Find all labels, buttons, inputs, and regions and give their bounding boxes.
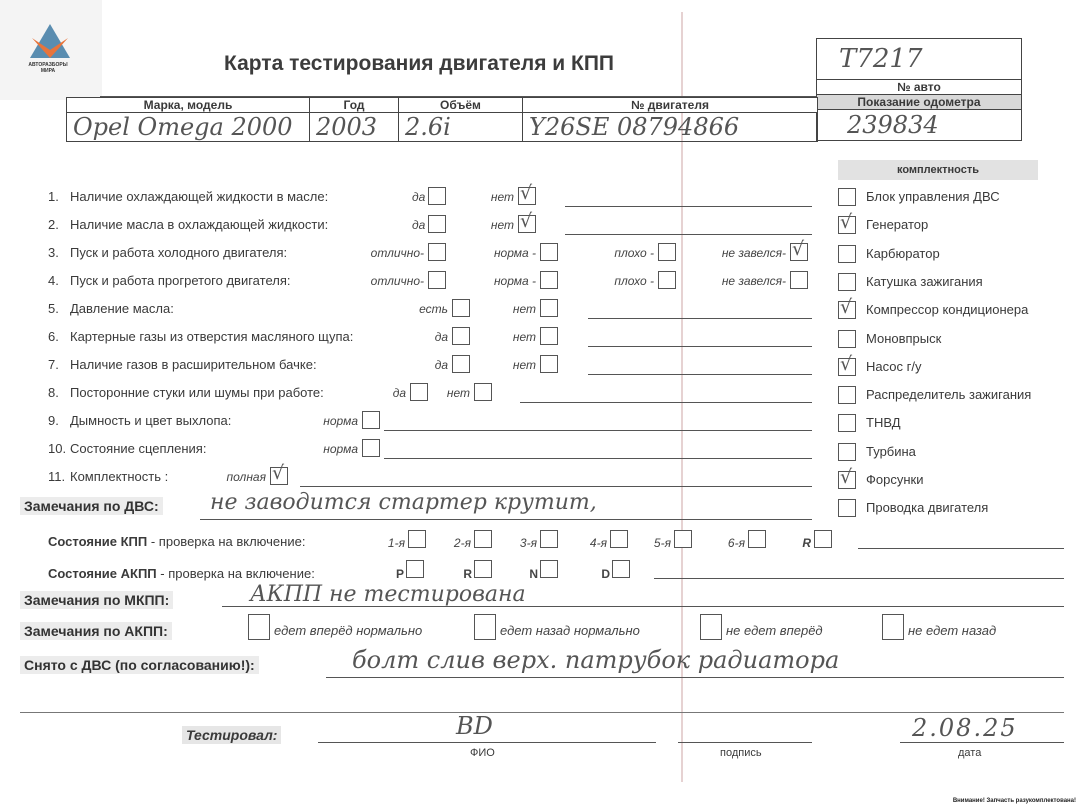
option-label: не завелся- bbox=[706, 274, 786, 288]
engine-no-value: Y26SE 08794866 bbox=[523, 113, 818, 142]
date-caption: дата bbox=[958, 747, 981, 759]
gear-checkbox[interactable] bbox=[474, 530, 492, 548]
check-mark-icon: √ bbox=[840, 211, 852, 233]
name-caption: ФИО bbox=[470, 747, 495, 759]
manual-remarks-line bbox=[222, 606, 1064, 607]
check-notes-line bbox=[588, 318, 812, 319]
check-notes-line bbox=[384, 430, 812, 431]
gear-checkbox[interactable] bbox=[814, 530, 832, 548]
option-label: да bbox=[412, 218, 424, 232]
auto-remark-checkbox[interactable] bbox=[248, 614, 270, 640]
auto-number-label: № авто bbox=[817, 80, 1022, 95]
auto-gearbox-sub: - проверка на включение: bbox=[157, 566, 315, 581]
check-number: 2. bbox=[48, 217, 59, 232]
auto-remark-label: не едет назад bbox=[908, 623, 996, 638]
kit-checkbox[interactable] bbox=[838, 188, 856, 206]
test-date[interactable]: 2.08.25 bbox=[912, 714, 1018, 742]
check-number: 1. bbox=[48, 189, 59, 204]
check-mark-icon: √ bbox=[840, 296, 852, 318]
kit-item-label: Катушка зажигания bbox=[866, 274, 983, 289]
engine-remarks-label: Замечания по ДВС: bbox=[20, 497, 163, 515]
option-label: да bbox=[412, 358, 448, 372]
auto-number-box: T7217 № авто Показание одометра 239834 bbox=[816, 38, 1022, 141]
kit-item-label: Компрессор кондиционера bbox=[866, 302, 1028, 317]
auto-remark-label: едет назад нормально bbox=[500, 623, 640, 638]
check-mark-icon: √ bbox=[520, 182, 532, 204]
gear-label: 1-я bbox=[382, 536, 405, 550]
kit-checkbox[interactable] bbox=[838, 245, 856, 263]
kit-header: комплектность bbox=[838, 160, 1038, 180]
auto-gearbox-line bbox=[654, 578, 1064, 579]
logo-icon bbox=[28, 22, 72, 62]
kit-item-label: Форсунки bbox=[866, 472, 923, 487]
manual-remarks-label: Замечания по МКПП: bbox=[20, 591, 173, 609]
option-label: да bbox=[412, 330, 448, 344]
gear-label: 4-я bbox=[584, 536, 607, 550]
logo-line2: МИРА bbox=[18, 68, 78, 74]
check-number: 3. bbox=[48, 245, 59, 260]
check-option-checkbox[interactable] bbox=[428, 243, 446, 261]
kit-item-label: Насос г/у bbox=[866, 359, 921, 374]
date-line bbox=[900, 742, 1064, 743]
gear-label: D bbox=[596, 567, 610, 581]
option-label: норма bbox=[312, 442, 358, 456]
check-number: 5. bbox=[48, 301, 59, 316]
tester-name[interactable]: BD bbox=[456, 712, 493, 740]
check-option-checkbox[interactable] bbox=[428, 215, 446, 233]
page-title: Карта тестирования двигателя и КПП bbox=[224, 52, 614, 76]
gear-checkbox[interactable] bbox=[610, 530, 628, 548]
check-option-checkbox[interactable] bbox=[452, 355, 470, 373]
col-engine-no: № двигателя bbox=[523, 98, 818, 113]
option-label: есть bbox=[412, 302, 448, 316]
option-label: да bbox=[386, 386, 406, 400]
gear-label: R bbox=[796, 536, 811, 550]
check-option-checkbox[interactable] bbox=[428, 271, 446, 289]
check-notes-line bbox=[300, 486, 812, 487]
option-label: не завелся- bbox=[706, 246, 786, 260]
logo-text: АВТОРАЗБОРЫ МИРА bbox=[18, 62, 78, 74]
year-value: 2003 bbox=[310, 113, 399, 142]
manual-gearbox-line bbox=[858, 548, 1064, 549]
manual-remarks-value[interactable]: АКПП не тестирована bbox=[250, 582, 526, 607]
check-number: 9. bbox=[48, 413, 59, 428]
manual-gearbox-label: Состояние КПП - проверка на включение: bbox=[48, 534, 305, 549]
odometer-value: 239834 bbox=[817, 110, 1022, 141]
check-notes-line bbox=[588, 346, 812, 347]
gear-checkbox[interactable] bbox=[540, 530, 558, 548]
check-mark-icon: √ bbox=[840, 466, 852, 488]
option-label: плохо - bbox=[600, 274, 654, 288]
check-mark-icon: √ bbox=[792, 238, 804, 260]
col-volume: Объём bbox=[399, 98, 523, 113]
check-notes-line bbox=[565, 206, 812, 207]
tested-by-label: Тестировал: bbox=[182, 726, 281, 744]
check-label: Наличие охлаждающей жидкости в масле: bbox=[70, 189, 328, 204]
gear-label: 5-я bbox=[650, 536, 671, 550]
auto-gearbox-title: Состояние АКПП bbox=[48, 566, 157, 581]
auto-remark-checkbox[interactable] bbox=[700, 614, 722, 640]
check-mark-icon: √ bbox=[272, 462, 284, 484]
removed-label: Снято с ДВС (по согласованию!): bbox=[20, 656, 259, 674]
col-model: Марка, модель bbox=[67, 98, 310, 113]
check-option-checkbox[interactable] bbox=[362, 411, 380, 429]
check-label: Посторонние стуки или шумы при работе: bbox=[70, 385, 324, 400]
option-label: плохо - bbox=[600, 246, 654, 260]
check-mark-icon: √ bbox=[840, 353, 852, 375]
gear-checkbox[interactable] bbox=[748, 530, 766, 548]
gear-label: N bbox=[522, 567, 538, 581]
gear-checkbox[interactable] bbox=[406, 560, 424, 578]
option-label: нет bbox=[486, 218, 514, 232]
gear-checkbox[interactable] bbox=[474, 560, 492, 578]
check-option-checkbox[interactable] bbox=[540, 271, 558, 289]
gear-checkbox[interactable] bbox=[674, 530, 692, 548]
option-label: нет bbox=[506, 358, 536, 372]
check-option-checkbox[interactable] bbox=[658, 271, 676, 289]
check-notes-line bbox=[384, 458, 812, 459]
auto-remark-checkbox[interactable] bbox=[474, 614, 496, 640]
kit-item-label: Распределитель зажигания bbox=[866, 387, 1031, 402]
kit-item-label: ТНВД bbox=[866, 415, 901, 430]
check-option-checkbox[interactable] bbox=[658, 243, 676, 261]
check-label: Картерные газы из отверстия масляного щу… bbox=[70, 329, 353, 344]
kit-item-label: Проводка двигателя bbox=[866, 500, 988, 515]
removed-value[interactable]: болт слив верх. патрубок радиатора bbox=[352, 646, 839, 674]
check-number: 11. bbox=[48, 469, 65, 484]
check-option-checkbox[interactable] bbox=[540, 327, 558, 345]
option-label: норма - bbox=[486, 274, 536, 288]
auto-number-value: T7217 bbox=[817, 39, 1022, 80]
kit-item-label: Блок управления ДВС bbox=[866, 189, 1000, 204]
signature-caption: подпись bbox=[720, 747, 762, 759]
option-label: норма bbox=[312, 414, 358, 428]
kit-checkbox[interactable] bbox=[838, 330, 856, 348]
engine-remarks-value[interactable]: не заводится стартер крутит, bbox=[210, 490, 597, 515]
check-option-checkbox[interactable] bbox=[790, 271, 808, 289]
odometer-label: Показание одометра bbox=[817, 95, 1022, 110]
auto-remark-checkbox[interactable] bbox=[882, 614, 904, 640]
gear-label: R bbox=[460, 567, 472, 581]
option-label: да bbox=[412, 190, 424, 204]
option-label: полная bbox=[216, 470, 266, 484]
option-label: нет bbox=[506, 330, 536, 344]
engine-remarks-line bbox=[200, 519, 812, 520]
check-option-checkbox[interactable] bbox=[540, 299, 558, 317]
check-option-checkbox[interactable] bbox=[428, 187, 446, 205]
kit-item-label: Моновпрыск bbox=[866, 331, 941, 346]
kit-checkbox[interactable]: √ bbox=[838, 301, 856, 319]
model-value: Opel Omega 2000 bbox=[67, 113, 310, 142]
check-option-checkbox[interactable] bbox=[540, 355, 558, 373]
check-label: Пуск и работа холодного двигателя: bbox=[70, 245, 287, 260]
check-label: Наличие масла в охлаждающей жидкости: bbox=[70, 217, 328, 232]
check-option-checkbox[interactable]: √ bbox=[270, 467, 288, 485]
kit-checkbox[interactable]: √ bbox=[838, 358, 856, 376]
check-option-checkbox[interactable] bbox=[362, 439, 380, 457]
col-year: Год bbox=[310, 98, 399, 113]
name-line bbox=[318, 742, 656, 743]
kit-item-label: Турбина bbox=[866, 444, 916, 459]
kit-item-label: Генератор bbox=[866, 217, 928, 232]
kit-checkbox[interactable] bbox=[838, 443, 856, 461]
check-notes-line bbox=[520, 402, 812, 403]
option-label: норма - bbox=[486, 246, 536, 260]
option-label: нет bbox=[440, 386, 470, 400]
kit-checkbox[interactable] bbox=[838, 386, 856, 404]
separator-line bbox=[20, 712, 1064, 713]
check-option-checkbox[interactable]: √ bbox=[518, 187, 536, 205]
gear-label: 3-я bbox=[514, 536, 537, 550]
check-option-checkbox[interactable] bbox=[474, 383, 492, 401]
check-label: Давление масла: bbox=[70, 301, 174, 316]
check-label: Состояние сцепления: bbox=[70, 441, 206, 456]
footer-note: Внимание! Запчасть разукомплектована! bbox=[953, 798, 1076, 804]
check-option-checkbox[interactable] bbox=[410, 383, 428, 401]
check-option-checkbox[interactable] bbox=[452, 299, 470, 317]
manual-gearbox-title: Состояние КПП bbox=[48, 534, 147, 549]
option-label: нет bbox=[506, 302, 536, 316]
kit-checkbox[interactable]: √ bbox=[838, 216, 856, 234]
check-label: Дымность и цвет выхлопа: bbox=[70, 413, 231, 428]
check-notes-line bbox=[588, 374, 812, 375]
check-number: 4. bbox=[48, 273, 59, 288]
auto-gearbox-label: Состояние АКПП - проверка на включение: bbox=[48, 566, 315, 581]
check-number: 7. bbox=[48, 357, 59, 372]
gear-label: 6-я bbox=[720, 536, 745, 550]
check-option-checkbox[interactable] bbox=[452, 327, 470, 345]
kit-item-label: Карбюратор bbox=[866, 246, 940, 261]
kit-checkbox[interactable] bbox=[838, 499, 856, 517]
auto-remark-label: едет вперёд нормально bbox=[274, 623, 422, 638]
option-label: отлично- bbox=[358, 274, 424, 288]
gear-label: P bbox=[390, 567, 404, 581]
option-label: нет bbox=[486, 190, 514, 204]
manual-gearbox-sub: - проверка на включение: bbox=[147, 534, 305, 549]
check-label: Наличие газов в расширительном бачке: bbox=[70, 357, 317, 372]
check-number: 8. bbox=[48, 385, 59, 400]
check-option-checkbox[interactable] bbox=[540, 243, 558, 261]
kit-checkbox[interactable] bbox=[838, 273, 856, 291]
check-label: Пуск и работа прогретого двигателя: bbox=[70, 273, 290, 288]
check-number: 10. bbox=[48, 441, 66, 456]
check-number: 6. bbox=[48, 329, 59, 344]
option-label: отлично- bbox=[358, 246, 424, 260]
check-option-checkbox[interactable]: √ bbox=[790, 243, 808, 261]
auto-remark-label: не едет вперёд bbox=[726, 623, 823, 638]
gear-checkbox[interactable] bbox=[540, 560, 558, 578]
kit-checkbox[interactable] bbox=[838, 414, 856, 432]
check-notes-line bbox=[565, 234, 812, 235]
check-label: Комплектность : bbox=[70, 469, 168, 484]
vehicle-table: Марка, модель Год Объём № двигателя Opel… bbox=[66, 97, 818, 142]
gear-label: 2-я bbox=[446, 536, 471, 550]
volume-value: 2.6i bbox=[399, 113, 523, 142]
gear-checkbox[interactable] bbox=[612, 560, 630, 578]
check-mark-icon: √ bbox=[520, 210, 532, 232]
removed-line bbox=[326, 677, 1064, 678]
gear-checkbox[interactable] bbox=[408, 530, 426, 548]
check-option-checkbox[interactable]: √ bbox=[518, 215, 536, 233]
kit-checkbox[interactable]: √ bbox=[838, 471, 856, 489]
signature-line bbox=[678, 742, 812, 743]
auto-remarks-label: Замечания по АКПП: bbox=[20, 622, 172, 640]
